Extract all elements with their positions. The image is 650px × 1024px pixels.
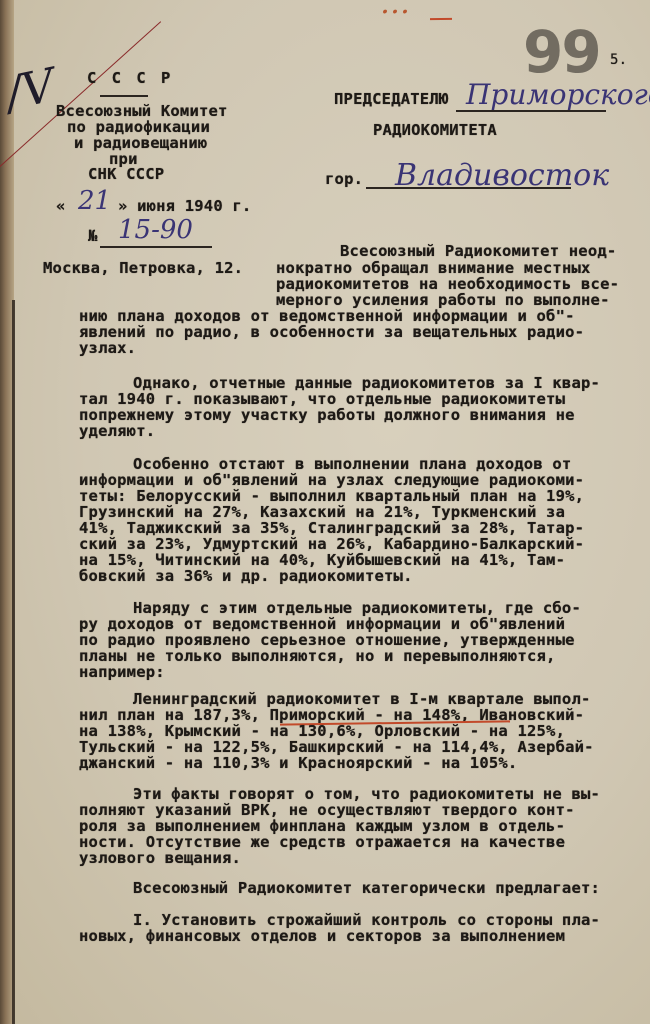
- p6-line-5: узлового вещания.: [79, 850, 241, 867]
- p1-line-1: Всесоюзный Радиокомитет неод-: [340, 243, 616, 260]
- p2-line-4: уделяют.: [79, 423, 155, 440]
- country-underline: [100, 95, 148, 97]
- p1-line-6: явлений по радио, в особенности за вещат…: [79, 324, 584, 341]
- p5-line-5: джанский - на 110,3% и Красноярский - на…: [79, 755, 517, 772]
- p3-line-8: бовский за 36% и др. радиокомитеты.: [79, 568, 413, 585]
- number-sign: №: [88, 228, 98, 245]
- date-month-year: » июня 1940 г.: [118, 198, 251, 215]
- addressee-line-2: РАДИОКОМИТЕТА: [373, 122, 497, 139]
- page-edge-shadow: [12, 300, 15, 1024]
- number-underline: [100, 246, 212, 248]
- p8-line-2: новых, финансовых отделов и секторов за …: [79, 928, 565, 945]
- p1-line-7: узлах.: [79, 340, 136, 357]
- date-day-handwritten: 21: [78, 186, 111, 216]
- addressee-underline: [456, 110, 606, 112]
- p7-line-1: Всесоюзный Радиокомитет категорически пр…: [133, 880, 600, 897]
- outgoing-number-handwritten: 15-90: [118, 215, 193, 245]
- org-line-5: СНК СССР: [88, 166, 164, 183]
- org-line-3: и радиовещанию: [74, 135, 207, 152]
- city-prefix: гор.: [325, 171, 363, 188]
- p4-line-5: например:: [79, 664, 165, 681]
- addressee-region-handwritten: Приморского: [466, 78, 650, 111]
- page-number: 5.: [610, 52, 627, 69]
- date-open-quote: «: [56, 198, 66, 215]
- top-red-stroke: [430, 18, 452, 20]
- city-underline: [366, 187, 571, 189]
- addressee-title: ПРЕДСЕДАТЕЛЮ: [334, 91, 448, 108]
- document-page: /V … 99 5. С С С Р Всесоюзный Комитет по…: [0, 0, 650, 1024]
- sender-address: Москва, Петровка, 12.: [43, 260, 243, 277]
- archive-number: 99: [523, 18, 600, 86]
- top-red-scribble: …: [380, 0, 410, 21]
- country-label: С С С Р: [87, 70, 173, 87]
- margin-checkmark: /V: [1, 58, 60, 121]
